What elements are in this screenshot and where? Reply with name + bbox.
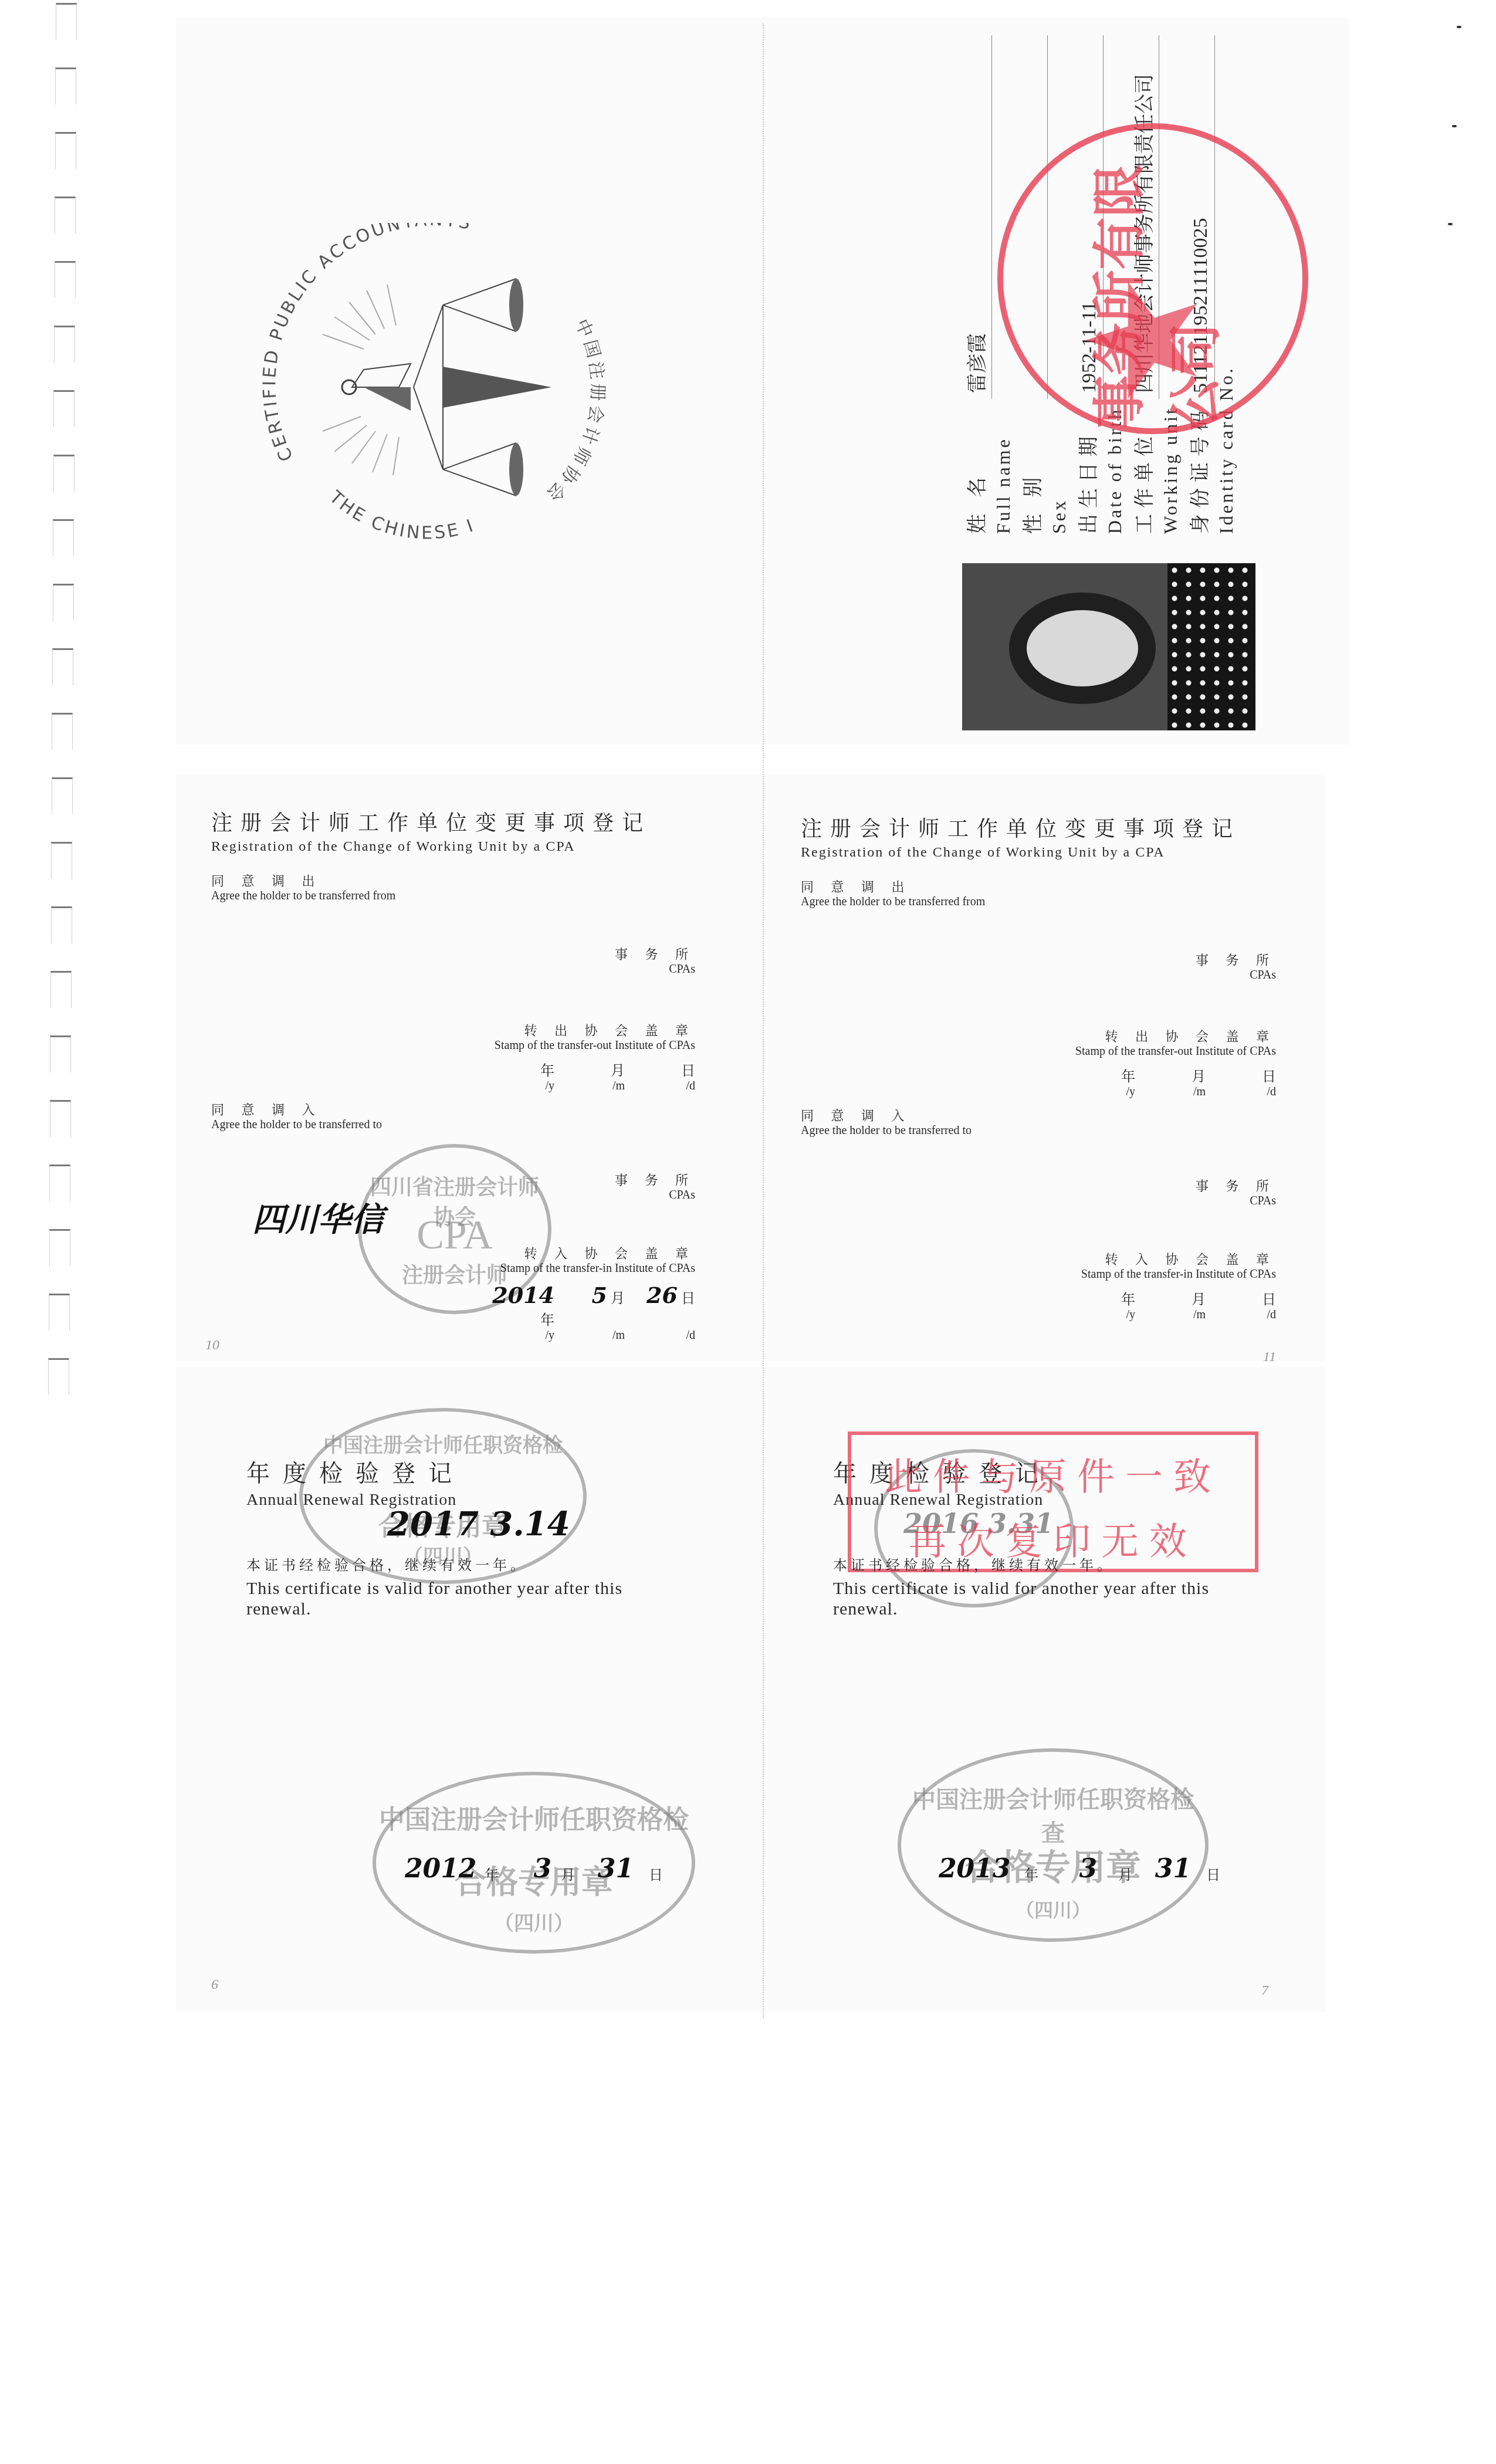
id-field-value: 雷彦霞 [968, 333, 988, 393]
punch-hole [53, 455, 75, 492]
seal-star-icon: ★ [1069, 272, 1221, 408]
stamp-arc-text: 中国注册会计师任职资格检查 [901, 1781, 1205, 1848]
validity-text-en: This certificate is valid for another ye… [246, 1579, 669, 1619]
punch-hole [50, 1035, 71, 1072]
in-firm-label-en: CPAs [615, 1189, 695, 1202]
day-label: 日 [1206, 1065, 1276, 1085]
month-label: 月 [551, 1863, 575, 1884]
year-label-en: /y [484, 1329, 554, 1342]
day-label-en: /d [1206, 1308, 1276, 1322]
month-label: 月 [1135, 1288, 1206, 1308]
stamp-bottom-text: （四川） [901, 1896, 1205, 1923]
scan-speck [1448, 223, 1453, 225]
month-label: 月 [611, 1287, 625, 1307]
day-label: 日 [681, 1287, 695, 1307]
out-stamp-label-en: Stamp of the transfer-out Institute of C… [495, 1039, 695, 1052]
firm-label: 事 务 所 [1196, 950, 1276, 969]
day-label: 日 [634, 1863, 663, 1884]
photo-shirt [1167, 563, 1255, 730]
year-label: 年 [484, 1059, 554, 1079]
scan-speck [1457, 26, 1461, 28]
punch-hole [53, 584, 74, 621]
stamp-arc-text: 中国注册会计师任职资格检 [376, 1799, 692, 1836]
punch-hole [56, 3, 77, 40]
cicpa-logo: CERTIFIED PUBLIC ACCOUNTANTS THE CHINESE… [246, 223, 622, 551]
punch-hole [48, 1358, 69, 1395]
year-label-en: /y [1065, 1308, 1135, 1322]
month-label-en: /m [1135, 1085, 1206, 1099]
punch-hole [53, 390, 75, 427]
lower-date-row: 2012 年 3 月 31 日 [405, 1854, 663, 1884]
lower-date-row: 2013 年 3 月 31 日 [939, 1854, 1220, 1884]
page-title: 注册会计师工作单位变更事项登记 [211, 807, 739, 837]
in-date-row: 年月日 /y/m/d [1065, 1288, 1276, 1322]
page-number: 10 [205, 1338, 219, 1353]
handwritten-day: 31 [575, 1854, 634, 1884]
handwritten-month: 3 [499, 1854, 551, 1884]
page-number: 7 [1261, 1983, 1268, 1999]
month-label: 月 [554, 1059, 625, 1079]
svg-text:CERTIFIED PUBLIC ACCOUNTANTS: CERTIFIED PUBLIC ACCOUNTANTS [259, 223, 474, 465]
id-field-label-en: Full name [994, 437, 1013, 534]
punch-hole [55, 67, 76, 104]
renewal-title: 年 度 检 验 登 记 [246, 1455, 456, 1488]
year-label: 年 [1065, 1065, 1135, 1085]
out-stamp-label: 转 出 协 会 盖 章 [1075, 1027, 1276, 1045]
transfer-out-label-en: Agree the holder to be transferred from [801, 895, 985, 909]
id-field-label: 姓 名 [968, 393, 988, 534]
day-label: 日 [1206, 1288, 1276, 1308]
handwritten-day: 31 [1132, 1854, 1191, 1884]
validity-text-en: This certificate is valid for another ye… [833, 1579, 1255, 1619]
out-stamp-label-en: Stamp of the transfer-out Institute of C… [1075, 1045, 1276, 1058]
page-subtitle: Registration of the Change of Working Un… [211, 839, 739, 855]
photo-face [1009, 593, 1156, 704]
handwritten-day: 26 [647, 1282, 678, 1308]
out-stamp-label: 转 出 协 会 盖 章 [495, 1021, 695, 1039]
day-label-en: /d [625, 1079, 695, 1093]
punch-hole [52, 648, 73, 685]
spine-divider [763, 23, 764, 2018]
punch-hole [51, 842, 72, 879]
in-date-row: 2014年5 月26 日 /y/m/d [484, 1282, 695, 1342]
in-firm-label: 事 务 所 [1196, 1176, 1276, 1194]
id-field-underline [991, 35, 992, 399]
in-stamp-label: 转 入 协 会 盖 章 [500, 1244, 695, 1262]
day-label-en: /d [625, 1329, 695, 1342]
punch-hole [55, 132, 76, 169]
renewal-page-right: 2016 3.31 年 度 检 验 登 记 Annual Renewal Reg… [821, 1396, 1326, 2012]
in-firm-label-en: CPAs [1196, 1194, 1276, 1208]
scan-speck [1452, 125, 1457, 127]
month-label-en: /m [554, 1079, 625, 1093]
year-label-en: /y [1065, 1085, 1135, 1099]
punch-hole [52, 777, 73, 814]
transfer-in-label: 同 意 调 入 [801, 1106, 972, 1124]
transfer-in-label-en: Agree the holder to be transferred to [801, 1124, 972, 1138]
renewal-page-left: 中国注册会计师任职资格检 合格专用章 （四川） 年 度 检 验 登 记 Annu… [211, 1396, 739, 2012]
year-label: 年 [475, 1863, 499, 1884]
transfer-in-label: 同 意 调 入 [211, 1100, 382, 1118]
day-label: 日 [1191, 1863, 1220, 1884]
renewal-stamp-lower: 中国注册会计师任职资格检查 合格专用章 （四川） [898, 1748, 1209, 1942]
day-label-en: /d [1206, 1085, 1276, 1099]
id-field-row: 姓 名雷彦霞Full name [968, 29, 988, 534]
punch-hole [51, 906, 72, 943]
page-number: 11 [1263, 1349, 1276, 1365]
punch-hole [53, 519, 74, 556]
month-label-en: /m [1135, 1308, 1206, 1322]
page-subtitle: Registration of the Change of Working Un… [801, 845, 1317, 861]
out-date-row: 年月日 /y/m/d [1065, 1065, 1276, 1099]
handwritten-year: 2013 [939, 1854, 1009, 1884]
punch-hole [54, 326, 75, 363]
certified-copy-line1: 此件与原件一致 [851, 1447, 1255, 1501]
year-label: 年 [1065, 1288, 1135, 1308]
punch-hole [55, 261, 76, 298]
punch-hole [49, 1294, 70, 1331]
firm-label-en: CPAs [615, 963, 695, 976]
handwritten-renewal-date: 2017 3.14 [387, 1505, 570, 1544]
validity-text-cn: 本 证 书 经 检 验 合 格 ， 继 续 有 效 一 年 。 [246, 1553, 716, 1574]
logo-arc-text: CERTIFIED PUBLIC ACCOUNTANTS [259, 223, 474, 465]
punch-hole [55, 197, 76, 233]
punch-hole [50, 971, 72, 1008]
transfer-out-label: 同 意 调 出 [211, 871, 395, 889]
transfer-page-right: 注册会计师工作单位变更事项登记 Registration of the Chan… [801, 813, 1317, 1341]
punch-hole [52, 713, 73, 750]
punch-hole [49, 1165, 70, 1201]
firm-label: 事 务 所 [615, 945, 695, 963]
id-photo [962, 563, 1255, 730]
handwritten-month: 3 [1038, 1854, 1097, 1884]
svg-text:中国注册会计师协会: 中国注册会计师协会 [540, 316, 608, 507]
in-firm-label: 事 务 所 [615, 1170, 695, 1189]
handwritten-year: 2012 [405, 1854, 475, 1884]
in-stamp-label: 转 入 协 会 盖 章 [1081, 1250, 1276, 1268]
id-field-label-en: Sex [1050, 499, 1068, 534]
certified-copy-stamp: 此件与原件一致 再次复印无效 [848, 1431, 1258, 1572]
year-label: 年 [1009, 1863, 1038, 1884]
transfer-in-label-en: Agree the holder to be transferred to [211, 1118, 382, 1132]
stamp-arc-text: 中国注册会计师任职资格检 [303, 1429, 583, 1458]
transfer-out-label-en: Agree the holder to be transferred from [211, 889, 395, 903]
validity-text-cn: 本 证 书 经 检 验 合 格 ， 继 续 有 效 一 年 。 [833, 1553, 1302, 1574]
day-label: 日 [625, 1059, 695, 1079]
handwritten-month: 5 [592, 1282, 607, 1308]
month-label-en: /m [554, 1329, 625, 1342]
year-label-en: /y [484, 1079, 554, 1093]
in-stamp-label-en: Stamp of the transfer-in Institute of CP… [500, 1262, 695, 1275]
stamp-bottom-text: （四川） [376, 1907, 692, 1936]
transfer-page-left: 注册会计师工作单位变更事项登记 Registration of the Chan… [211, 807, 739, 1335]
punch-hole [50, 1100, 71, 1137]
page-title: 注册会计师工作单位变更事项登记 [801, 813, 1317, 842]
transfer-out-label: 同 意 调 出 [801, 877, 985, 895]
punch-hole [49, 1229, 70, 1266]
in-stamp-label-en: Stamp of the transfer-in Institute of CP… [1081, 1268, 1276, 1281]
handwritten-year: 2014 [492, 1282, 554, 1308]
month-label: 月 [1135, 1065, 1206, 1085]
scales-of-justice-icon: CERTIFIED PUBLIC ACCOUNTANTS THE CHINESE… [246, 223, 622, 551]
firm-label-en: CPAs [1196, 969, 1276, 982]
page-number: 6 [211, 1977, 218, 1993]
out-date-row: 年月日 /y/m/d [484, 1059, 695, 1093]
month-label: 月 [1097, 1863, 1132, 1884]
handwritten-firm: 四川华信 [252, 1194, 384, 1241]
year-label: 年 [540, 1308, 554, 1329]
